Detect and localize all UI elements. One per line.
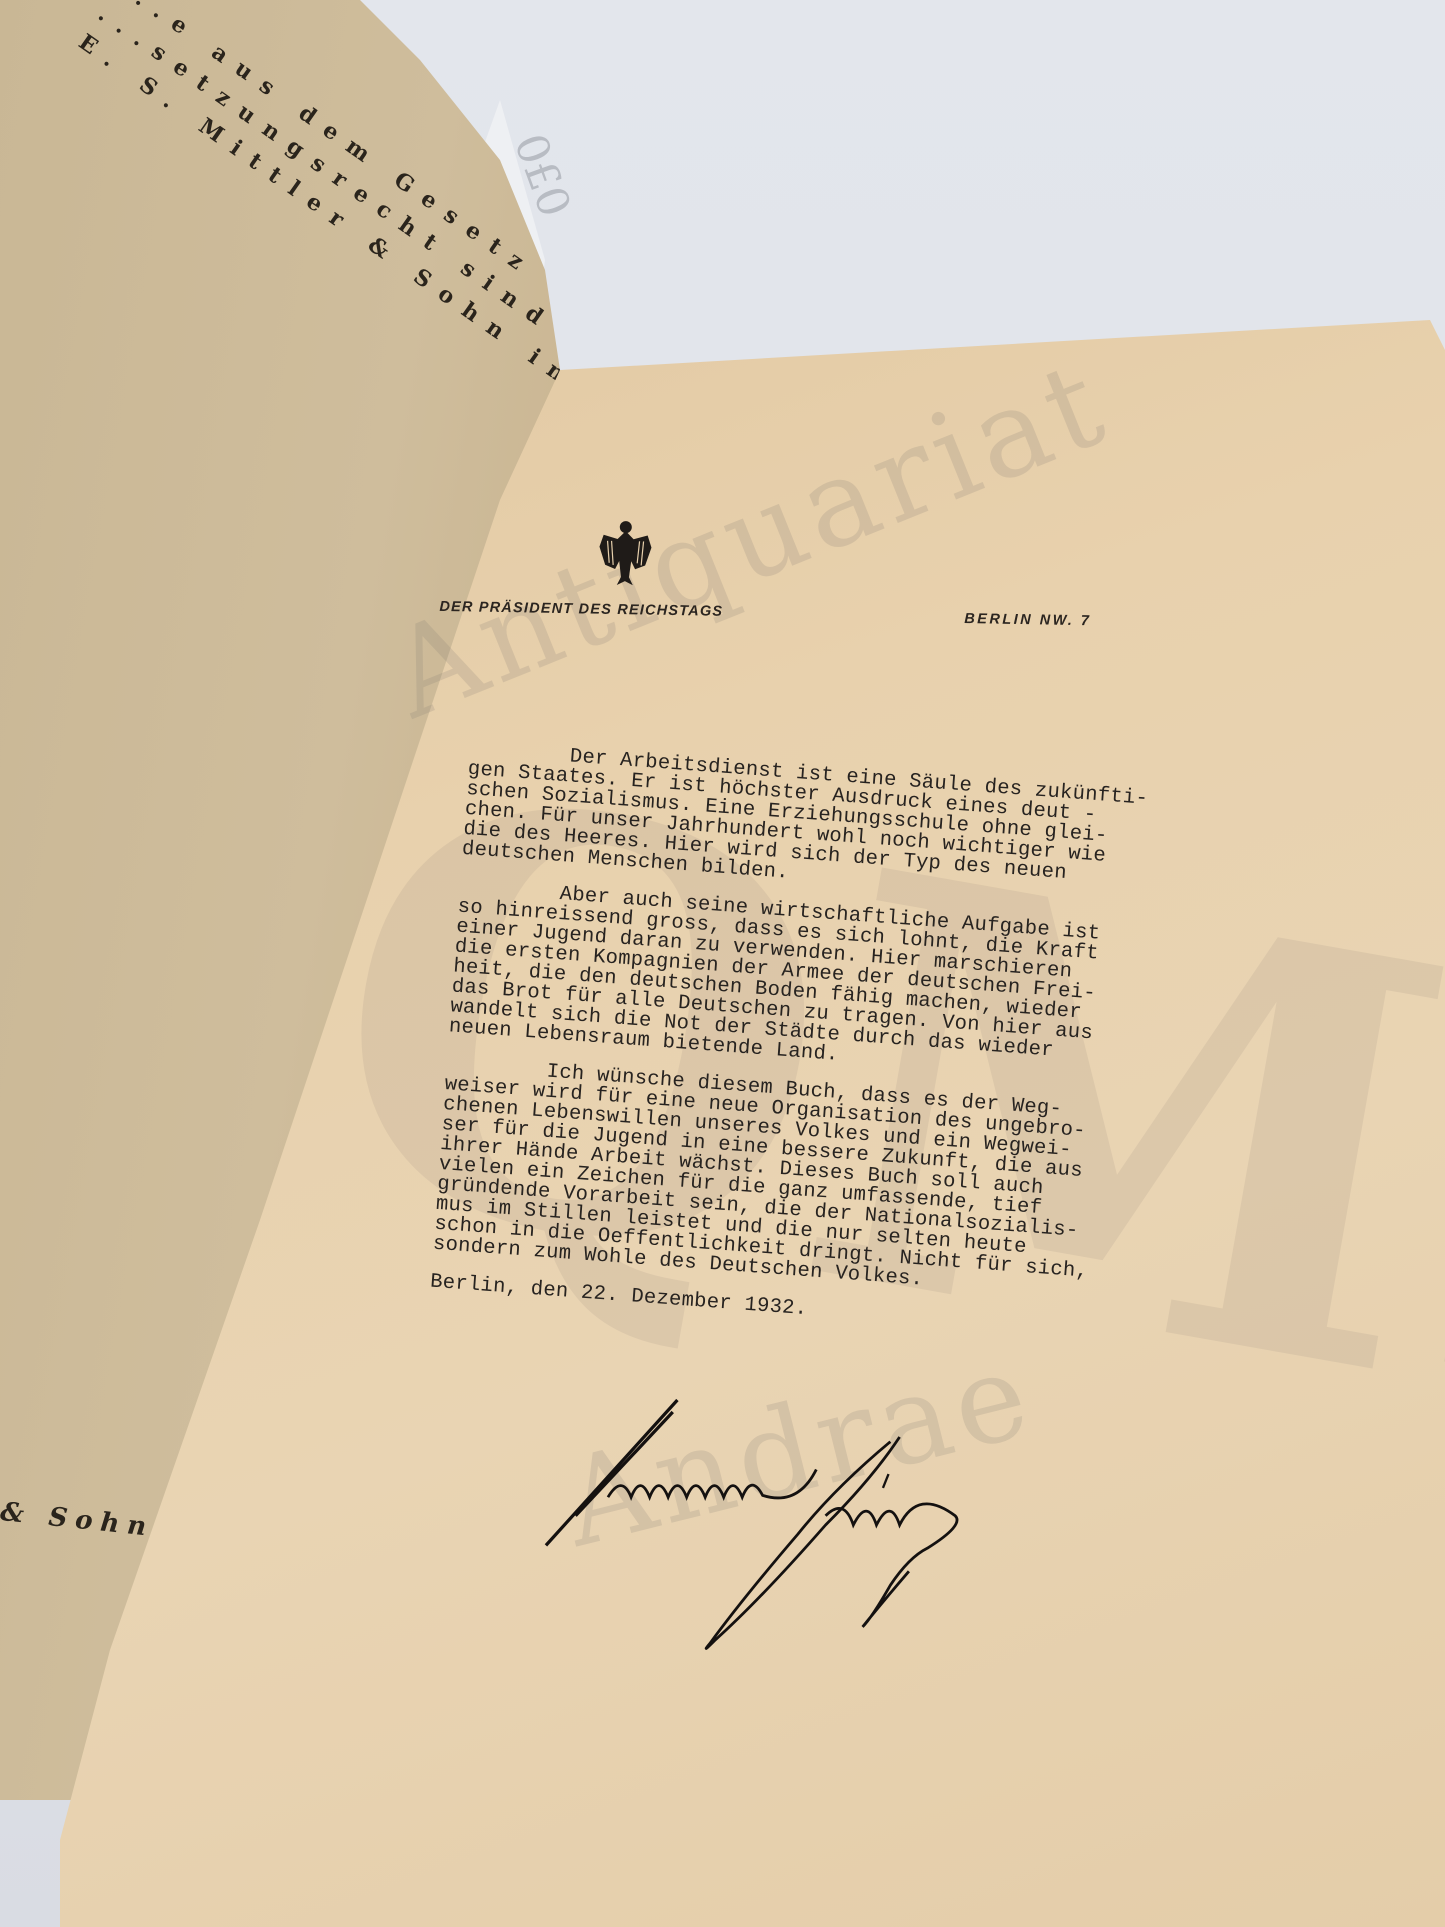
letterhead-title: DER PRÄSIDENT DES REICHSTAGS: [439, 599, 723, 620]
imprint-fragment: & Sohn: [0, 1497, 156, 1543]
paragraph-3: Ich wünsche diesem Buch, dass es der Weg…: [432, 1055, 1244, 1313]
letterhead: DER PRÄSIDENT DES REICHSTAGS BERLIN NW. …: [439, 514, 1141, 636]
letter-body: Der Arbeitsdienst ist eine Säule des zuk…: [429, 740, 1267, 1351]
book-photo: 0£0 ...e aus dem Gesetz vom 19. Juni 190…: [0, 0, 1445, 1927]
copyright-line: E. S. Mittler & Sohn in Berlin SW 68: [71, 26, 549, 375]
copyright-line: ...setzungsrecht sind vorbehalten. Copyr…: [91, 0, 569, 347]
handwritten-signature: Hermann Göring: [520, 1375, 1020, 1675]
copyright-notice: ...e aus dem Gesetz vom 19. Juni 1901 so…: [71, 0, 588, 375]
eagle-emblem-icon: [595, 517, 656, 588]
letterhead-city: BERLIN NW. 7: [964, 611, 1091, 629]
